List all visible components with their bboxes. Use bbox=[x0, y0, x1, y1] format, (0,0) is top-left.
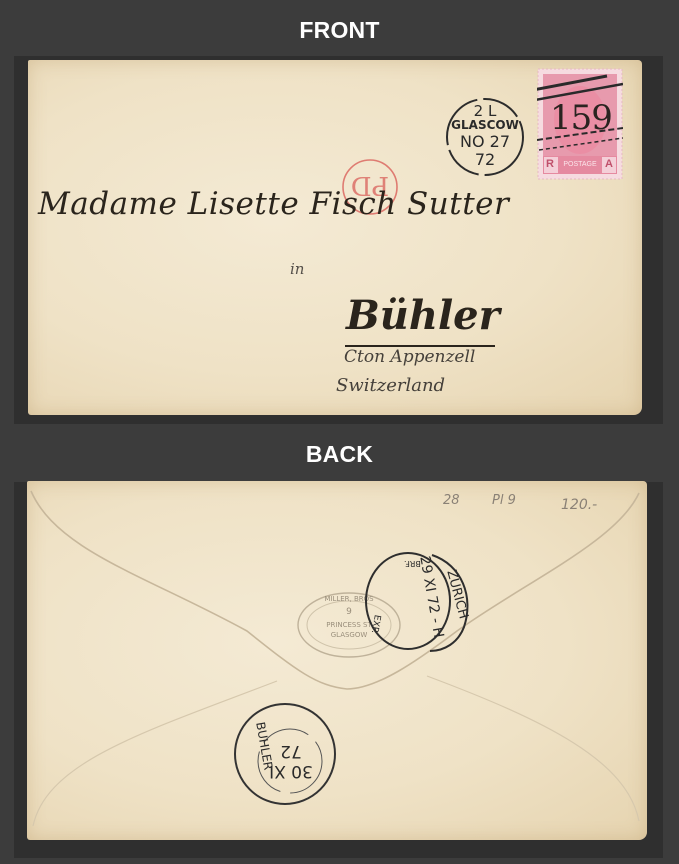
stamp-corner-right: A bbox=[605, 158, 613, 170]
back-label: BACK bbox=[0, 441, 679, 468]
address-prefix: in bbox=[290, 260, 304, 278]
address-country: Switzerland bbox=[336, 375, 445, 396]
address-canton: Cton Appenzell bbox=[344, 347, 475, 367]
buhler-city: BUHLER bbox=[253, 721, 275, 771]
zurich-postmark: 29 XI 72 - H ZURICH BRF. EXP. bbox=[362, 547, 474, 655]
postmark-line-3: NO 27 bbox=[444, 132, 526, 151]
envelope-front: 2 L GLASCOW NO 27 72 159 R A POSTAGE PD … bbox=[28, 60, 642, 415]
pencil-note-3: 120.- bbox=[561, 497, 597, 513]
postmark-line-2: GLASCOW bbox=[444, 118, 526, 132]
buhler-postmark: 30 XI 72 BUHLER bbox=[232, 701, 338, 807]
envelope-back: 28 Pl 9 120.- MILLER, BROS 9 PRINCESS ST… bbox=[27, 481, 647, 840]
address-town: Bühler bbox=[346, 292, 500, 339]
front-label: FRONT bbox=[0, 17, 679, 44]
zurich-top: BRF. bbox=[404, 559, 421, 568]
buhler-city-ring: BUHLER bbox=[232, 701, 338, 807]
pencil-note-1: 28 bbox=[443, 493, 460, 508]
address-name: Madame Lisette Fisch Sutter bbox=[38, 186, 509, 222]
stamp-caption: POSTAGE bbox=[559, 161, 601, 168]
glasgow-postmark: 2 L GLASCOW NO 27 72 bbox=[444, 96, 526, 178]
postmark-line-4: 72 bbox=[444, 150, 526, 169]
pencil-note-2: Pl 9 bbox=[492, 493, 516, 508]
postage-stamp: 159 R A POSTAGE bbox=[537, 68, 623, 180]
stamp-corner-left: R bbox=[546, 158, 554, 170]
stamp-cancel-number: 159 bbox=[541, 98, 621, 138]
